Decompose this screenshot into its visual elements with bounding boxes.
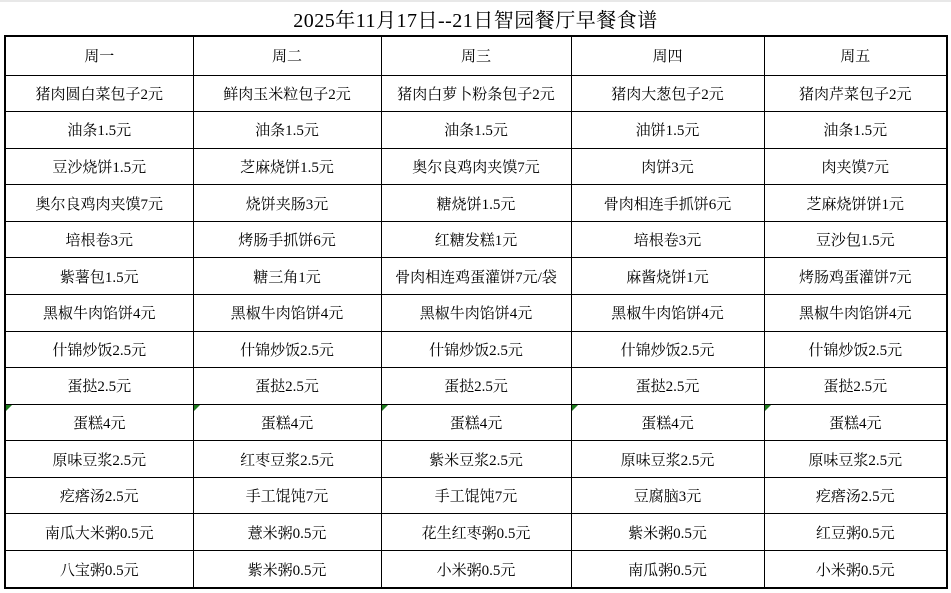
menu-cell[interactable]: 豆腐脑3元 bbox=[571, 477, 764, 514]
menu-cell-text: 原味豆浆2.5元 bbox=[52, 453, 146, 469]
menu-cell[interactable]: 猪肉芹菜包子2元 bbox=[764, 75, 947, 112]
menu-cell-text: 油条1.5元 bbox=[67, 123, 131, 139]
menu-cell-text: 红枣豆浆2.5元 bbox=[240, 453, 334, 469]
menu-cell[interactable]: 八宝粥0.5元 bbox=[5, 551, 193, 588]
header-cell-wednesday[interactable]: 周三 bbox=[381, 36, 571, 75]
header-cell-friday[interactable]: 周五 bbox=[764, 36, 947, 75]
menu-cell-text: 豆沙包1.5元 bbox=[816, 233, 895, 249]
menu-cell-text: 油条1.5元 bbox=[444, 123, 508, 139]
menu-cell-text: 猪肉圆白菜包子2元 bbox=[35, 87, 163, 103]
table-row: 油条1.5元油条1.5元油条1.5元油饼1.5元油条1.5元 bbox=[5, 112, 947, 149]
menu-cell[interactable]: 红糖发糕1元 bbox=[381, 221, 571, 258]
menu-cell-text: 骨肉相连鸡蛋灌饼7元/袋 bbox=[395, 270, 557, 286]
menu-cell-text: 烧饼夹肠3元 bbox=[246, 197, 329, 213]
menu-cell[interactable]: 猪肉大葱包子2元 bbox=[571, 75, 764, 112]
menu-cell[interactable]: 紫薯包1.5元 bbox=[5, 258, 193, 295]
menu-cell-text: 蛋糕4元 bbox=[829, 416, 882, 432]
menu-cell[interactable]: 猪肉圆白菜包子2元 bbox=[5, 75, 193, 112]
spreadsheet-page: 2025年11月17日--21日智园餐厅早餐食谱 周一 周二 周三 周四 周五 … bbox=[0, 0, 951, 593]
menu-cell-text: 烤肠手抓饼6元 bbox=[238, 233, 336, 249]
menu-cell[interactable]: 疙瘩汤2.5元 bbox=[764, 477, 947, 514]
menu-cell[interactable]: 什锦炒饭2.5元 bbox=[193, 331, 381, 368]
menu-cell[interactable]: 糖三角1元 bbox=[193, 258, 381, 295]
menu-cell[interactable]: 原味豆浆2.5元 bbox=[571, 441, 764, 478]
menu-cell[interactable]: 花生红枣粥0.5元 bbox=[381, 514, 571, 551]
table-row: 八宝粥0.5元紫米粥0.5元小米粥0.5元南瓜粥0.5元小米粥0.5元 bbox=[5, 551, 947, 588]
menu-cell-text: 肉夹馍7元 bbox=[821, 160, 889, 176]
error-indicator-triangle bbox=[194, 405, 200, 411]
menu-cell-text: 豆沙烧饼1.5元 bbox=[52, 160, 146, 176]
menu-cell[interactable]: 奥尔良鸡肉夹馍7元 bbox=[381, 148, 571, 185]
menu-cell[interactable]: 油条1.5元 bbox=[764, 112, 947, 149]
menu-cell-text: 鲜肉玉米粒包子2元 bbox=[223, 87, 351, 103]
table-row: 紫薯包1.5元糖三角1元骨肉相连鸡蛋灌饼7元/袋麻酱烧饼1元烤肠鸡蛋灌饼7元 bbox=[5, 258, 947, 295]
menu-cell[interactable]: 骨肉相连鸡蛋灌饼7元/袋 bbox=[381, 258, 571, 295]
menu-cell-text: 什锦炒饭2.5元 bbox=[621, 343, 715, 359]
menu-cell-text: 蛋挞2.5元 bbox=[255, 379, 319, 395]
menu-cell[interactable]: 黑椒牛肉馅饼4元 bbox=[571, 294, 764, 331]
menu-cell[interactable]: 什锦炒饭2.5元 bbox=[381, 331, 571, 368]
menu-cell[interactable]: 蛋糕4元 bbox=[381, 404, 571, 441]
menu-cell-text: 小米粥0.5元 bbox=[437, 563, 516, 579]
menu-cell-text: 培根卷3元 bbox=[634, 233, 702, 249]
menu-cell[interactable]: 黑椒牛肉馅饼4元 bbox=[5, 294, 193, 331]
table-row: 蛋糕4元蛋糕4元蛋糕4元蛋糕4元蛋糕4元 bbox=[5, 404, 947, 441]
menu-cell-text: 蛋挞2.5元 bbox=[444, 379, 508, 395]
menu-cell[interactable]: 薏米粥0.5元 bbox=[193, 514, 381, 551]
menu-cell-text: 原味豆浆2.5元 bbox=[621, 453, 715, 469]
menu-cell-text: 疙瘩汤2.5元 bbox=[60, 489, 139, 505]
menu-cell[interactable]: 肉饼3元 bbox=[571, 148, 764, 185]
menu-cell-text: 疙瘩汤2.5元 bbox=[816, 489, 895, 505]
menu-cell[interactable]: 蛋糕4元 bbox=[193, 404, 381, 441]
menu-cell[interactable]: 小米粥0.5元 bbox=[381, 551, 571, 588]
menu-cell[interactable]: 豆沙包1.5元 bbox=[764, 221, 947, 258]
menu-cell[interactable]: 油条1.5元 bbox=[193, 112, 381, 149]
menu-cell[interactable]: 红豆粥0.5元 bbox=[764, 514, 947, 551]
menu-cell-text: 黑椒牛肉馅饼4元 bbox=[43, 306, 156, 322]
menu-table-body: 猪肉圆白菜包子2元鲜肉玉米粒包子2元猪肉白萝卜粉条包子2元猪肉大葱包子2元猪肉芹… bbox=[5, 75, 947, 588]
menu-cell-text: 红糖发糕1元 bbox=[435, 233, 518, 249]
menu-cell-text: 猪肉芹菜包子2元 bbox=[799, 87, 912, 103]
menu-cell-text: 奥尔良鸡肉夹馍7元 bbox=[35, 197, 163, 213]
menu-cell[interactable]: 紫米粥0.5元 bbox=[571, 514, 764, 551]
menu-cell[interactable]: 黑椒牛肉馅饼4元 bbox=[381, 294, 571, 331]
header-row: 周一 周二 周三 周四 周五 bbox=[5, 36, 947, 75]
error-indicator-triangle bbox=[765, 405, 771, 411]
menu-cell-text: 烤肠鸡蛋灌饼7元 bbox=[799, 270, 912, 286]
menu-cell[interactable]: 芝麻烧饼1.5元 bbox=[193, 148, 381, 185]
menu-cell-text: 黑椒牛肉馅饼4元 bbox=[420, 306, 533, 322]
menu-cell-text: 手工馄饨7元 bbox=[246, 489, 329, 505]
menu-cell-text: 什锦炒饭2.5元 bbox=[52, 343, 146, 359]
header-cell-tuesday[interactable]: 周二 bbox=[193, 36, 381, 75]
menu-cell-text: 小米粥0.5元 bbox=[816, 563, 895, 579]
menu-cell-text: 黑椒牛肉馅饼4元 bbox=[611, 306, 724, 322]
menu-cell-text: 什锦炒饭2.5元 bbox=[808, 343, 902, 359]
menu-cell[interactable]: 麻酱烧饼1元 bbox=[571, 258, 764, 295]
menu-cell-text: 南瓜粥0.5元 bbox=[628, 563, 707, 579]
menu-cell-text: 油饼1.5元 bbox=[636, 123, 700, 139]
page-title: 2025年11月17日--21日智园餐厅早餐食谱 bbox=[0, 2, 951, 35]
menu-cell[interactable]: 烤肠鸡蛋灌饼7元 bbox=[764, 258, 947, 295]
table-row: 蛋挞2.5元蛋挞2.5元蛋挞2.5元蛋挞2.5元蛋挞2.5元 bbox=[5, 368, 947, 405]
menu-cell[interactable]: 培根卷3元 bbox=[571, 221, 764, 258]
menu-cell[interactable]: 芝麻烧饼饼1元 bbox=[764, 185, 947, 222]
menu-cell[interactable]: 手工馄饨7元 bbox=[381, 477, 571, 514]
menu-cell-text: 麻酱烧饼1元 bbox=[626, 270, 709, 286]
menu-cell[interactable]: 骨肉相连手抓饼6元 bbox=[571, 185, 764, 222]
table-row: 奥尔良鸡肉夹馍7元烧饼夹肠3元糖烧饼1.5元骨肉相连手抓饼6元芝麻烧饼饼1元 bbox=[5, 185, 947, 222]
menu-cell-text: 糖烧饼1.5元 bbox=[437, 197, 516, 213]
error-indicator-triangle bbox=[572, 405, 578, 411]
menu-cell-text: 南瓜大米粥0.5元 bbox=[45, 526, 154, 542]
menu-cell[interactable]: 鲜肉玉米粒包子2元 bbox=[193, 75, 381, 112]
menu-cell[interactable]: 手工馄饨7元 bbox=[193, 477, 381, 514]
menu-cell[interactable]: 奥尔良鸡肉夹馍7元 bbox=[5, 185, 193, 222]
menu-cell-text: 豆腐脑3元 bbox=[634, 489, 702, 505]
table-row: 培根卷3元烤肠手抓饼6元红糖发糕1元培根卷3元豆沙包1.5元 bbox=[5, 221, 947, 258]
menu-cell[interactable]: 红枣豆浆2.5元 bbox=[193, 441, 381, 478]
menu-cell[interactable]: 什锦炒饭2.5元 bbox=[764, 331, 947, 368]
menu-cell[interactable]: 什锦炒饭2.5元 bbox=[5, 331, 193, 368]
menu-cell[interactable]: 糖烧饼1.5元 bbox=[381, 185, 571, 222]
menu-cell-text: 蛋挞2.5元 bbox=[636, 379, 700, 395]
menu-cell[interactable]: 油饼1.5元 bbox=[571, 112, 764, 149]
menu-cell-text: 猪肉大葱包子2元 bbox=[611, 87, 724, 103]
menu-cell[interactable]: 肉夹馍7元 bbox=[764, 148, 947, 185]
menu-cell[interactable]: 油条1.5元 bbox=[5, 112, 193, 149]
menu-cell[interactable]: 蛋糕4元 bbox=[5, 404, 193, 441]
menu-cell[interactable]: 紫米粥0.5元 bbox=[193, 551, 381, 588]
menu-cell-text: 蛋糕4元 bbox=[450, 416, 503, 432]
menu-cell-text: 黑椒牛肉馅饼4元 bbox=[231, 306, 344, 322]
menu-cell[interactable]: 蛋糕4元 bbox=[764, 404, 947, 441]
menu-cell[interactable]: 猪肉白萝卜粉条包子2元 bbox=[381, 75, 571, 112]
menu-cell-text: 紫米豆浆2.5元 bbox=[429, 453, 523, 469]
menu-cell-text: 蛋挞2.5元 bbox=[67, 379, 131, 395]
menu-cell[interactable]: 蛋挞2.5元 bbox=[571, 368, 764, 405]
menu-cell-text: 原味豆浆2.5元 bbox=[808, 453, 902, 469]
table-row: 黑椒牛肉馅饼4元黑椒牛肉馅饼4元黑椒牛肉馅饼4元黑椒牛肉馅饼4元黑椒牛肉馅饼4元 bbox=[5, 294, 947, 331]
menu-cell[interactable]: 南瓜大米粥0.5元 bbox=[5, 514, 193, 551]
table-row: 原味豆浆2.5元红枣豆浆2.5元紫米豆浆2.5元原味豆浆2.5元原味豆浆2.5元 bbox=[5, 441, 947, 478]
menu-cell-text: 骨肉相连手抓饼6元 bbox=[604, 197, 732, 213]
menu-cell-text: 什锦炒饭2.5元 bbox=[429, 343, 523, 359]
menu-cell-text: 蛋糕4元 bbox=[641, 416, 694, 432]
menu-cell[interactable]: 黑椒牛肉馅饼4元 bbox=[764, 294, 947, 331]
menu-cell-text: 什锦炒饭2.5元 bbox=[240, 343, 334, 359]
menu-cell-text: 油条1.5元 bbox=[823, 123, 887, 139]
menu-cell[interactable]: 蛋挞2.5元 bbox=[764, 368, 947, 405]
menu-cell-text: 薏米粥0.5元 bbox=[248, 526, 327, 542]
menu-cell-text: 蛋糕4元 bbox=[261, 416, 314, 432]
menu-cell[interactable]: 紫米豆浆2.5元 bbox=[381, 441, 571, 478]
table-row: 南瓜大米粥0.5元薏米粥0.5元花生红枣粥0.5元紫米粥0.5元红豆粥0.5元 bbox=[5, 514, 947, 551]
menu-cell-text: 黑椒牛肉馅饼4元 bbox=[799, 306, 912, 322]
header-cell-monday[interactable]: 周一 bbox=[5, 36, 193, 75]
menu-cell[interactable]: 疙瘩汤2.5元 bbox=[5, 477, 193, 514]
menu-cell[interactable]: 豆沙烧饼1.5元 bbox=[5, 148, 193, 185]
breakfast-menu-table: 周一 周二 周三 周四 周五 猪肉圆白菜包子2元鲜肉玉米粒包子2元猪肉白萝卜粉条… bbox=[4, 35, 948, 589]
menu-cell[interactable]: 培根卷3元 bbox=[5, 221, 193, 258]
menu-cell[interactable]: 黑椒牛肉馅饼4元 bbox=[193, 294, 381, 331]
menu-cell-text: 肉饼3元 bbox=[641, 160, 694, 176]
table-row: 什锦炒饭2.5元什锦炒饭2.5元什锦炒饭2.5元什锦炒饭2.5元什锦炒饭2.5元 bbox=[5, 331, 947, 368]
menu-cell-text: 红豆粥0.5元 bbox=[816, 526, 895, 542]
menu-cell-text: 紫米粥0.5元 bbox=[248, 563, 327, 579]
menu-cell-text: 蛋挞2.5元 bbox=[823, 379, 887, 395]
menu-cell[interactable]: 油条1.5元 bbox=[381, 112, 571, 149]
menu-cell-text: 糖三角1元 bbox=[253, 270, 321, 286]
menu-cell-text: 蛋糕4元 bbox=[73, 416, 126, 432]
menu-cell[interactable]: 原味豆浆2.5元 bbox=[764, 441, 947, 478]
table-row: 猪肉圆白菜包子2元鲜肉玉米粒包子2元猪肉白萝卜粉条包子2元猪肉大葱包子2元猪肉芹… bbox=[5, 75, 947, 112]
menu-cell-text: 猪肉白萝卜粉条包子2元 bbox=[397, 87, 555, 103]
error-indicator-triangle bbox=[6, 405, 12, 411]
menu-cell[interactable]: 原味豆浆2.5元 bbox=[5, 441, 193, 478]
menu-cell-text: 芝麻烧饼1.5元 bbox=[240, 160, 334, 176]
menu-cell[interactable]: 烧饼夹肠3元 bbox=[193, 185, 381, 222]
error-indicator-triangle bbox=[382, 405, 388, 411]
menu-cell[interactable]: 蛋糕4元 bbox=[571, 404, 764, 441]
menu-cell-text: 奥尔良鸡肉夹馍7元 bbox=[412, 160, 540, 176]
menu-cell-text: 芝麻烧饼饼1元 bbox=[806, 197, 904, 213]
menu-cell[interactable]: 蛋挞2.5元 bbox=[5, 368, 193, 405]
menu-cell-text: 八宝粥0.5元 bbox=[60, 563, 139, 579]
menu-cell-text: 培根卷3元 bbox=[65, 233, 133, 249]
header-cell-thursday[interactable]: 周四 bbox=[571, 36, 764, 75]
menu-cell[interactable]: 什锦炒饭2.5元 bbox=[571, 331, 764, 368]
menu-cell-text: 花生红枣粥0.5元 bbox=[422, 526, 531, 542]
menu-cell[interactable]: 蛋挞2.5元 bbox=[193, 368, 381, 405]
menu-cell[interactable]: 南瓜粥0.5元 bbox=[571, 551, 764, 588]
table-row: 豆沙烧饼1.5元芝麻烧饼1.5元奥尔良鸡肉夹馍7元肉饼3元肉夹馍7元 bbox=[5, 148, 947, 185]
table-row: 疙瘩汤2.5元手工馄饨7元手工馄饨7元豆腐脑3元疙瘩汤2.5元 bbox=[5, 477, 947, 514]
menu-cell-text: 紫米粥0.5元 bbox=[628, 526, 707, 542]
menu-cell-text: 手工馄饨7元 bbox=[435, 489, 518, 505]
menu-cell-text: 紫薯包1.5元 bbox=[60, 270, 139, 286]
menu-cell[interactable]: 蛋挞2.5元 bbox=[381, 368, 571, 405]
menu-cell-text: 油条1.5元 bbox=[255, 123, 319, 139]
menu-cell[interactable]: 小米粥0.5元 bbox=[764, 551, 947, 588]
menu-cell[interactable]: 烤肠手抓饼6元 bbox=[193, 221, 381, 258]
